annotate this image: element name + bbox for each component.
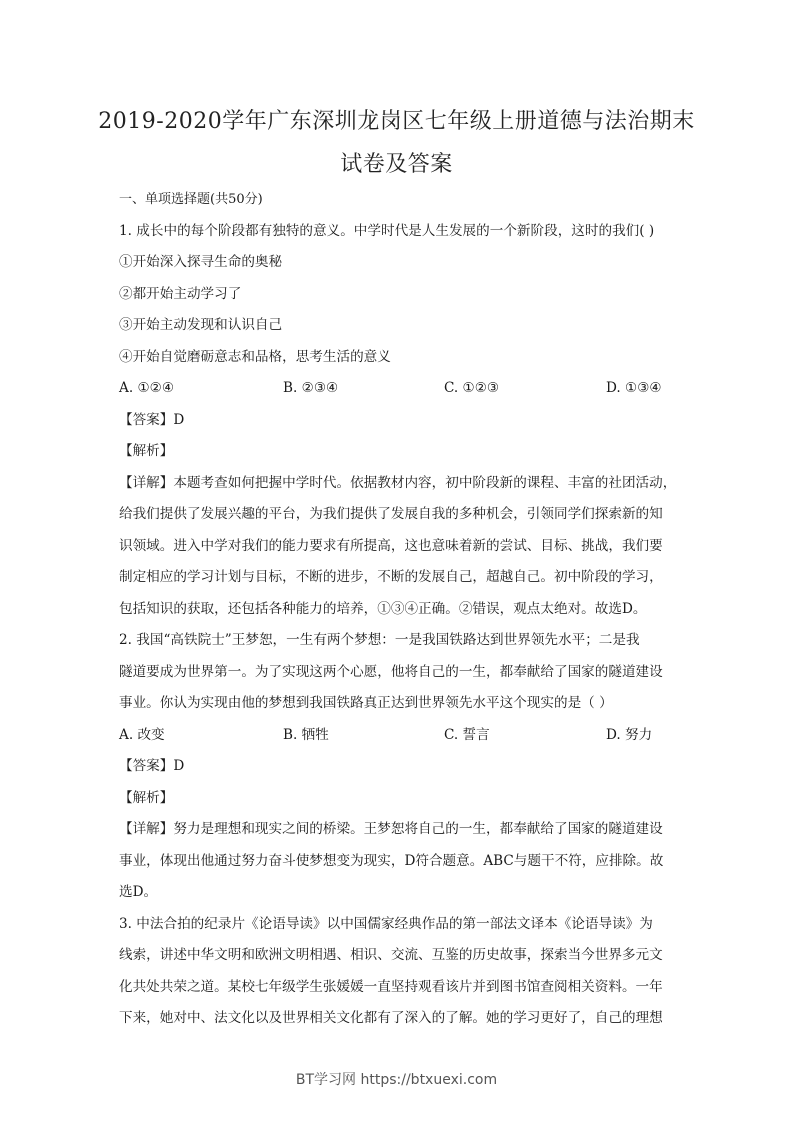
question-2-detail-line: 选D。	[119, 877, 675, 909]
question-2-answer: 【答案】D	[119, 751, 675, 783]
question-1-detail-line: 制定相应的学习计划与目标，不断的进步，不断的发展自己，超越自己。初中阶段的学习，	[119, 562, 675, 594]
option-d: D. ①③④	[606, 373, 662, 405]
question-1-detail-line: 【详解】本题考查如何把握中学时代。依据教材内容，初中阶段新的课程、丰富的社团活动…	[119, 468, 675, 500]
document-page: 2019-2020学年广东深圳龙岗区七年级上册道德与法治期末 试卷及答案 一、单…	[0, 0, 793, 1122]
question-2-analysis-label: 【解析】	[119, 783, 675, 815]
watermark-footer: BT学习网 https://btxuexi.com	[0, 1069, 793, 1089]
question-3-stem-line: 化共处共荣之道。某校七年级学生张媛媛一直坚持观看该片并到图书馆查阅相关资料。一年	[119, 972, 675, 1004]
document-title-line-1: 2019-2020学年广东深圳龙岗区七年级上册道德与法治期末	[0, 104, 793, 135]
question-1-analysis-label: 【解析】	[119, 436, 675, 468]
option-a: A. ①②④	[119, 373, 174, 405]
section-heading: 一、单项选择题(共50分)	[119, 184, 675, 216]
question-1-detail-line: 给我们提供了发展兴趣的平台，为我们提供了发展自我的多种机会，引领同学们探索新的知	[119, 499, 675, 531]
question-1-options: A. ①②④ B. ②③④ C. ①②③ D. ①③④	[119, 373, 675, 405]
question-3-stem-line: 下来，她对中、法文化以及世界相关文化都有了深入的了解。她的学习更好了，自己的理想	[119, 1003, 675, 1035]
question-3-stem-line: 线索，讲述中华文明和欧洲文明相遇、相识、交流、互鉴的历史故事，探索当今世界多元文	[119, 940, 675, 972]
statement-4: ④开始自觉磨砺意志和品格，思考生活的意义	[119, 342, 675, 374]
question-2-stem-line: 隧道要成为世界第一。为了实现这两个心愿，他将自己的一生，都奉献给了国家的隧道建设	[119, 657, 675, 689]
question-3-stem-line: 3. 中法合拍的纪录片《论语导读》以中国儒家经典作品的第一部法文译本《论语导读》…	[119, 909, 675, 941]
question-1-detail-line: 包括知识的获取，还包括各种能力的培养，①③④正确。②错误，观点太绝对。故选D。	[119, 594, 675, 626]
option-d: D. 努力	[606, 720, 652, 752]
question-2-options: A. 改变 B. 牺牲 C. 誓言 D. 努力	[119, 720, 675, 752]
option-b: B. 牺牲	[283, 720, 329, 752]
statement-2: ②都开始主动学习了	[119, 279, 675, 311]
option-a: A. 改变	[119, 720, 165, 752]
question-3: 3. 中法合拍的纪录片《论语导读》以中国儒家经典作品的第一部法文译本《论语导读》…	[119, 909, 675, 1035]
option-b: B. ②③④	[283, 373, 338, 405]
option-c: C. 誓言	[444, 720, 490, 752]
statement-1: ①开始深入探寻生命的奥秘	[119, 247, 675, 279]
document-body: 一、单项选择题(共50分) 1. 成长中的每个阶段都有独特的意义。中学时代是人生…	[119, 184, 675, 1035]
question-2-detail-line: 事业，体现出他通过努力奋斗使梦想变为现实，D符合题意。ABC与题干不符，应排除。…	[119, 846, 675, 878]
option-c: C. ①②③	[444, 373, 499, 405]
question-2: 2. 我国“高铁院士”王梦恕，一生有两个梦想：一是我国铁路达到世界领先水平；二是…	[119, 625, 675, 909]
statement-3: ③开始主动发现和认识自己	[119, 310, 675, 342]
question-1-answer: 【答案】D	[119, 405, 675, 437]
question-2-detail-line: 【详解】努力是理想和现实之间的桥梁。王梦恕将自己的一生，都奉献给了国家的隧道建设	[119, 814, 675, 846]
question-2-stem-line: 2. 我国“高铁院士”王梦恕，一生有两个梦想：一是我国铁路达到世界领先水平；二是…	[119, 625, 675, 657]
document-title-line-2: 试卷及答案	[0, 147, 793, 178]
question-2-stem-line: 事业。你认为实现由他的梦想到我国铁路真正达到世界领先水平这个现实的是（ ）	[119, 688, 675, 720]
question-1-stem: 1. 成长中的每个阶段都有独特的意义。中学时代是人生发展的一个新阶段，这时的我们…	[119, 216, 675, 248]
question-1-detail-line: 识领域。进入中学对我们的能力要求有所提高，这也意味着新的尝试、目标、挑战，我们要	[119, 531, 675, 563]
question-1: 1. 成长中的每个阶段都有独特的意义。中学时代是人生发展的一个新阶段，这时的我们…	[119, 216, 675, 626]
